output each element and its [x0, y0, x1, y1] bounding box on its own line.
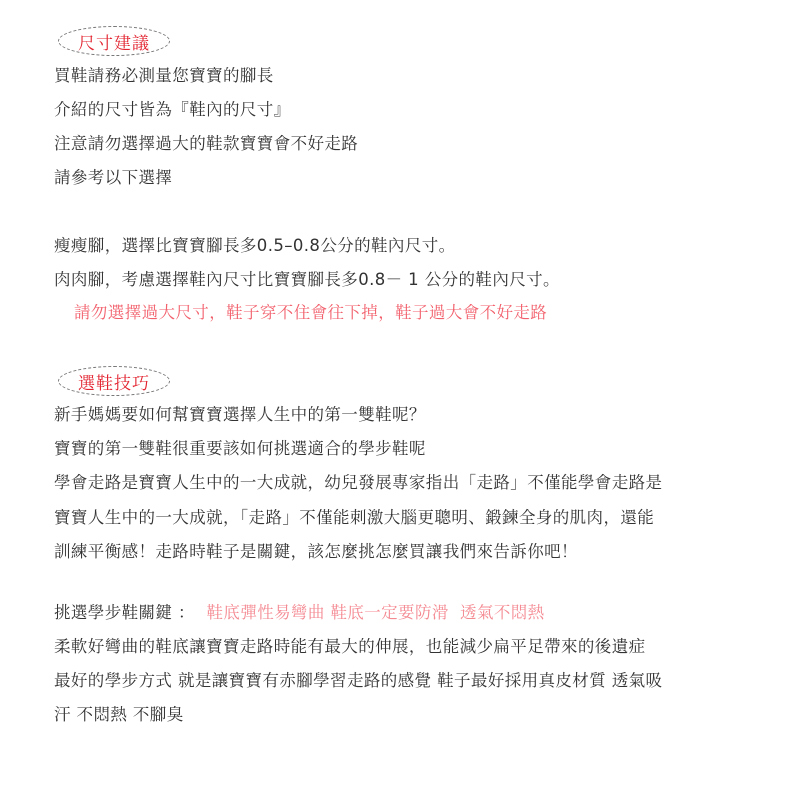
- section-tag-label: 選鞋技巧: [78, 369, 150, 394]
- key-points-line: 挑選學步鞋關鍵 ： 鞋底彈性易彎曲 鞋底一定要防滑 透氣不悶熱: [54, 602, 545, 624]
- size-guide-document: 尺寸建議 買鞋請務必測量您寶寶的腳長 介紹的尺寸皆為『鞋內的尺寸』 注意請勿選擇…: [0, 0, 800, 800]
- tips-line: 寶寶人生中的一大成就，「走路」不僅能刺激大腦更聰明、鍛鍊全身的肌肉，還能: [54, 507, 654, 529]
- intro-line: 介紹的尺寸皆為『鞋內的尺寸』: [54, 99, 291, 121]
- detail-line: 柔軟好彎曲的鞋底讓寶寶走路時能有最大的伸展，也能減少扁平足帶來的後遺症: [54, 636, 646, 658]
- tips-line: 訓練平衡感！走路時鞋子是關鍵，該怎麼挑怎麼買讓我們來告訴你吧！: [54, 541, 578, 563]
- key-points-label: 挑選學步鞋關鍵 ：: [54, 603, 195, 622]
- intro-line: 注意請勿選擇過大的鞋款寶寶會不好走路: [54, 133, 358, 155]
- tips-line: 新手媽媽要如何幫寶寶選擇人生中的第一雙鞋呢？: [54, 404, 426, 426]
- size-rule-thin-feet: 瘦瘦腳，選擇比寶寶腳長多0.5–0.8公分的鞋內尺寸。: [54, 235, 456, 257]
- intro-line: 請參考以下選擇: [54, 167, 172, 189]
- key-points-values: 鞋底彈性易彎曲 鞋底一定要防滑 透氣不悶熱: [207, 603, 545, 622]
- section-tag-size-advice: 尺寸建議: [58, 26, 170, 56]
- intro-line: 買鞋請務必測量您寶寶的腳長: [54, 65, 274, 87]
- size-rule-chubby-feet: 肉肉腳，考慮選擇鞋內尺寸比寶寶腳長多0.8－ 1 公分的鞋內尺寸。: [54, 269, 560, 291]
- tips-line: 學會走路是寶寶人生中的一大成就，幼兒發展專家指出「走路」不僅能學會走路是: [54, 472, 662, 494]
- section-tag-label: 尺寸建議: [78, 29, 150, 54]
- detail-line: 最好的學步方式 就是讓寶寶有赤腳學習走路的感覺 鞋子最好採用真皮材質 透氣吸: [54, 670, 662, 692]
- section-tag-shoe-tips: 選鞋技巧: [58, 366, 170, 396]
- tips-line: 寶寶的第一雙鞋很重要該如何挑選適合的學步鞋呢: [54, 438, 426, 460]
- detail-line: 汗 不悶熱 不腳臭: [54, 704, 184, 726]
- size-warning: 請勿選擇過大尺寸，鞋子穿不住會往下掉，鞋子過大會不好走路: [74, 302, 547, 324]
